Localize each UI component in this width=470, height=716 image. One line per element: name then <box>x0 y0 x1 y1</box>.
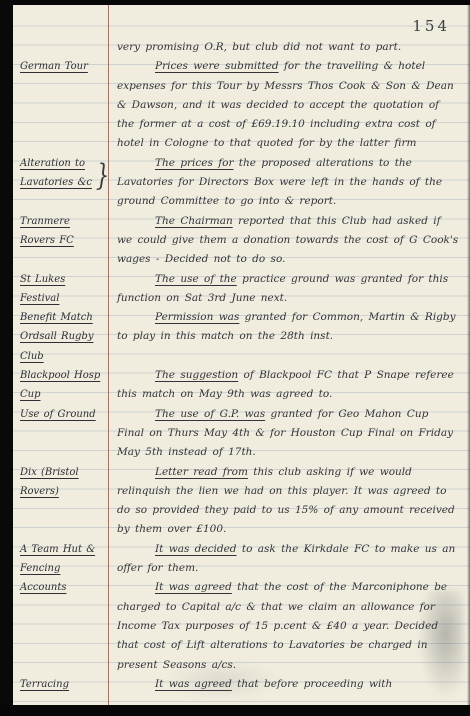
margin-heading: Terracing <box>20 679 69 690</box>
minute-text: It was agreed that before proceeding wit… <box>117 675 460 694</box>
minutes-content: very promising O.R, but club did not wan… <box>13 38 470 694</box>
minute-entry-accounts: Accounts It was agreed that the cost of … <box>13 578 470 674</box>
margin-heading: Alteration to Lavatories &c <box>20 158 92 188</box>
margin-heading: St Lukes Festival <box>20 274 65 304</box>
minute-entry-a-team-hut-fencing: A Team Hut & Fencing It was decided to a… <box>13 540 470 579</box>
minute-text: Prices were submitted for the travelling… <box>117 57 460 153</box>
minute-entry-terracing: Terracing It was agreed that before proc… <box>13 675 470 694</box>
minute-entry-dix-bristol-rovers: Dix (Bristol Rovers) Letter read from th… <box>13 463 470 540</box>
minute-entry-tranmere-rovers: Tranmere Rovers FC The Chairman reported… <box>13 212 470 270</box>
margin-heading: Benefit Match Ordsall Rugby Club <box>20 312 93 362</box>
scan-border-bottom <box>0 705 470 716</box>
minute-entry-benefit-match: Benefit Match Ordsall Rugby Club Permiss… <box>13 308 470 366</box>
minute-entry-use-of-ground: Use of Ground The use of G.P. was grante… <box>13 405 470 463</box>
scan-border-left <box>0 0 13 716</box>
minute-text: The Chairman reported that this Club had… <box>117 212 460 270</box>
margin-brace: } <box>96 166 109 185</box>
margin-heading: Accounts <box>20 582 66 593</box>
margin-heading: A Team Hut & Fencing <box>20 544 95 574</box>
minute-text: The use of G.P. was granted for Geo Maho… <box>117 405 460 463</box>
minute-entry-st-lukes-festival: St Lukes Festival The use of the practic… <box>13 270 470 309</box>
page-number: 154 <box>412 17 450 35</box>
margin-heading: Dix (Bristol Rovers) <box>20 467 79 497</box>
minute-text: Letter read from this club asking if we … <box>117 463 460 540</box>
margin-heading: Tranmere Rovers FC <box>20 216 74 246</box>
continuation-line: very promising O.R, but club did not wan… <box>13 38 470 57</box>
margin-heading: German Tour <box>20 61 88 72</box>
margin-heading: Blackpool Hosp Cup <box>20 370 100 400</box>
minute-text: Permission was granted for Common, Marti… <box>117 308 460 347</box>
minute-entry-german-tour: German Tour Prices were submitted for th… <box>13 57 470 153</box>
minute-text: It was agreed that the cost of the Marco… <box>117 578 460 674</box>
minute-entry-blackpool-hosp-cup: Blackpool Hosp Cup The suggestion of Bla… <box>13 366 470 405</box>
minute-text: It was decided to ask the Kirkdale FC to… <box>117 540 460 579</box>
minute-text: The prices for the proposed alterations … <box>117 154 460 212</box>
minute-text: The use of the practice ground was grant… <box>117 270 460 309</box>
scan-border-top <box>0 0 470 5</box>
minute-entry-lavatories: Alteration to Lavatories &c } The prices… <box>13 154 470 212</box>
margin-heading: Use of Ground <box>20 409 96 420</box>
minute-text: The suggestion of Blackpool FC that P Sn… <box>117 366 460 405</box>
ledger-page: 154 very promising O.R, but club did not… <box>13 5 470 705</box>
